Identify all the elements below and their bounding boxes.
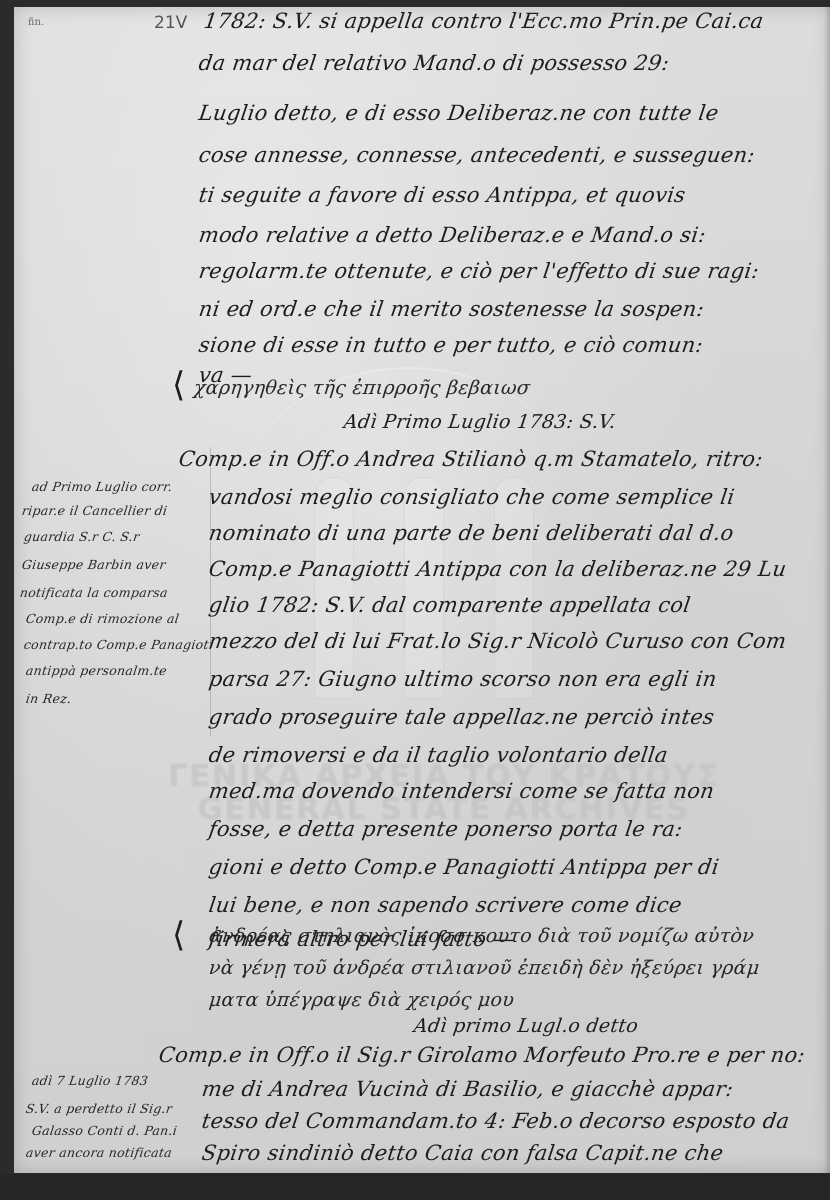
text-line: lui bene, e non sapendo scrivere come di… [207,893,683,917]
text-line: de rimoversi e da il taglio volontario d… [207,743,669,767]
text-line: Comp.e in Off.o il Sig.r Girolamo Morfeu… [157,1043,806,1067]
margin-note-line: contrap.to Comp.e Panagioti [23,637,214,652]
greek-text-line: ματα ὑπέγραψε διὰ χειρός μου [208,989,516,1011]
text-line: tesso del Commandam.to 4: Feb.o decorso … [200,1109,791,1133]
greek-text-line: νὰ γένῃ τοῦ ἀνδρέα στιλιανοῦ ἐπειδὴ δὲν … [208,957,761,979]
margin-note-line: Giuseppe Barbin aver [21,557,167,572]
entry-heading: Adì primo Lugl.o detto [412,1015,639,1037]
entry-heading: Adì Primo Luglio 1783: S.V. [342,411,617,433]
text-line: da mar del relativo Mand.o di possesso 2… [197,51,671,75]
corner-mark: ñn. [28,17,44,28]
text-line: nominato di una parte de beni deliberati… [207,521,735,545]
bracket-mark: ⟨ [172,365,185,405]
scan-bottom-edge [0,1173,830,1200]
text-line: regolarm.te ottenute, e ciò per l'effett… [197,259,760,283]
text-line: Luglio detto, e di esso Deliberaz.ne con… [197,101,720,125]
margin-note-line: ad Primo Luglio corr. [31,479,173,494]
margin-note-line: in Rez. [25,691,73,706]
margin-note-line: adì 7 Luglio 1783 [31,1073,149,1088]
text-line: glio 1782: S.V. dal comparente appellata… [207,593,692,617]
text-line: ni ed ord.e che il merito sostenesse la … [197,297,705,321]
manuscript-page: ñn. 21V ΓΕΝΙΚΑ ΑΡΧΕΙΑ ΤΟΥ ΚΡΑΤΟΥΣ GENERA… [14,7,830,1173]
margin-note-line: guardia S.r C. S.r [23,529,141,544]
margin-note-line: Galasso Conti d. Pan.i [31,1123,178,1138]
text-line: grado proseguire tale appellaz.ne perciò… [207,705,716,729]
text-line: parsa 27: Giugno ultimo scorso non era e… [207,667,718,691]
text-line: med.ma dovendo intendersi come se fatta … [207,779,716,803]
margin-note-line: aver ancora notificata [25,1145,173,1160]
text-line: Spiro sindiniò detto Caia con falsa Capi… [200,1141,725,1165]
text-line: fosse, e detta presente ponerso porta le… [207,817,684,841]
greek-text-line: ἀνδρέας στηλιανὸς ἰκοσσ κουτο διὰ τοῦ νο… [208,925,755,947]
manuscript-scan: ñn. 21V ΓΕΝΙΚΑ ΑΡΧΕΙΑ ΤΟΥ ΚΡΑΤΟΥΣ GENERA… [0,0,830,1200]
text-line: mezzo del di lui Frat.lo Sig.r Nicolò Cu… [207,629,788,653]
text-line: cose annesse, connesse, antecedenti, e s… [197,143,756,167]
text-line: vandosi meglio consigliato che come semp… [207,485,736,509]
text-line: ti seguite a favore di esso Antippa, et … [197,183,687,207]
text-line: 1782: S.V. si appella contro l'Ecc.mo Pr… [202,9,765,33]
text-line: me di Andrea Vucinà di Basilio, e giacch… [200,1077,735,1101]
margin-note-line: Comp.e di rimozione al [25,611,180,626]
text-line: sione di esse in tutto e per tutto, e ci… [197,333,704,357]
margin-note-line: S.V. a perdetto il Sig.r [25,1101,173,1116]
text-line: Comp.e Panagiotti Antippa con la deliber… [207,557,788,581]
watermark-pillar [404,477,444,699]
margin-note-line: ripar.e il Cancellier di [21,503,168,518]
text-line: modo relative a detto Deliberaz.e e Mand… [197,223,707,247]
text-line: gioni e detto Comp.e Panagiotti Antippa … [207,855,720,879]
watermark-pillar [314,477,354,699]
watermark-pillar [494,477,534,699]
text-line: Comp.e in Off.o Andrea Stilianò q.m Stam… [177,447,764,471]
margin-note-line: antippà personalm.te [25,663,168,678]
folio-number: 21V [154,13,187,33]
bracket-mark: ⟨ [172,915,185,955]
margin-note-line: notificata la comparsa [19,585,169,600]
greek-text-line: χαρηγηθεὶς τῆς ἐπιρροῆς βεβαιωσ [193,377,531,399]
